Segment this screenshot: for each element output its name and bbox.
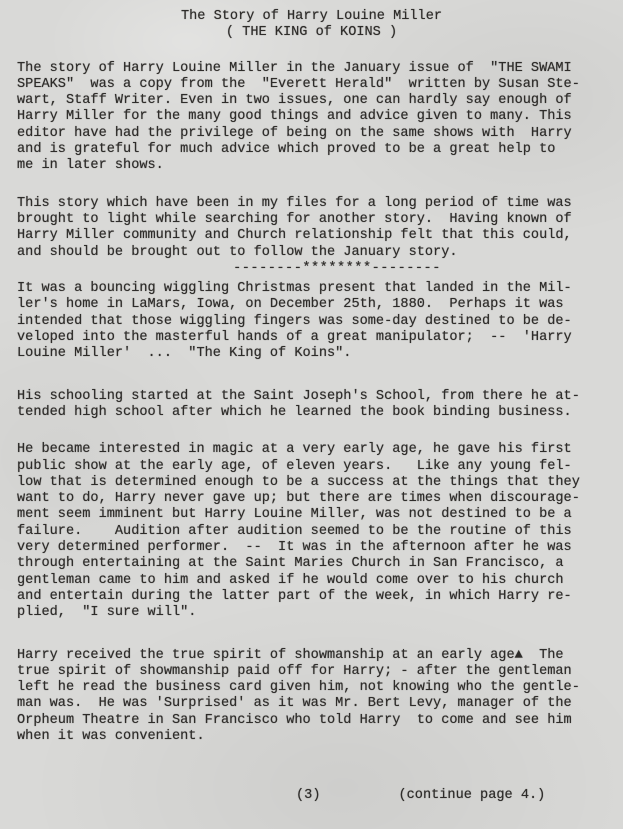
document-body: The story of Harry Louine Miller in the … (17, 61, 617, 746)
document-title: The Story of Harry Louine Miller ( THE K… (0, 0, 623, 41)
paragraph: The story of Harry Louine Miller in the … (17, 61, 617, 175)
text-line: me in later shows. (17, 158, 617, 174)
text-line: through entertaining at the Saint Maries… (17, 556, 617, 572)
text-line: intended that those wiggling fingers was… (17, 314, 617, 330)
text-line: Harry Miller community and Church relati… (17, 228, 617, 244)
text-line: want to do, Harry never gave up; but the… (17, 491, 617, 507)
text-line: and should be brought out to follow the … (17, 245, 617, 261)
page-number: (3) (296, 788, 320, 804)
text-line: brought to light while searching for ano… (17, 212, 617, 228)
text-line: This story which have been in my files f… (17, 196, 617, 212)
paragraph: He became interested in magic at a very … (17, 442, 617, 621)
text-line: Orpheum Theatre in San Francisco who tol… (17, 713, 617, 729)
text-line: He became interested in magic at a very … (17, 442, 617, 458)
text-line: and is grateful for much advice which pr… (17, 142, 617, 158)
text-line: gentleman came to him and asked if he wo… (17, 573, 617, 589)
text-line: and entertain during the latter part of … (17, 589, 617, 605)
text-line: ler's home in LaMars, Iowa, on December … (17, 297, 617, 313)
text-line: failure. Audition after audition seemed … (17, 524, 617, 540)
text-line: true spirit of showmanship paid off for … (17, 664, 617, 680)
text-line: His schooling started at the Saint Josep… (17, 389, 617, 405)
text-line: Harry Miller for the many good things an… (17, 109, 617, 125)
text-line: when it was convenient. (17, 729, 617, 745)
title-line-2: ( THE KING of KOINS ) (0, 25, 623, 41)
section-divider: --------********-------- (57, 261, 617, 277)
paragraph: It was a bouncing wiggling Christmas pre… (17, 281, 617, 362)
text-line: ment seem imminent but Harry Louine Mill… (17, 507, 617, 523)
text-line: plied, "I sure will". (17, 605, 617, 621)
text-line: Harry received the true spirit of showma… (17, 648, 617, 664)
text-line: veloped into the masterful hands of a gr… (17, 330, 617, 346)
text-line: left he read the business card given him… (17, 680, 617, 696)
paragraph: This story which have been in my files f… (17, 196, 617, 261)
text-line: The story of Harry Louine Miller in the … (17, 61, 617, 77)
title-line-1: The Story of Harry Louine Miller (0, 9, 623, 25)
document-page: The Story of Harry Louine Miller ( THE K… (0, 0, 623, 829)
paragraph: Harry received the true spirit of showma… (17, 648, 617, 746)
page-footer: (3) (continue page 4.) (17, 788, 623, 804)
text-line: It was a bouncing wiggling Christmas pre… (17, 281, 617, 297)
text-line: editor have had the privilege of being o… (17, 126, 617, 142)
text-line: very determined performer. -- It was in … (17, 540, 617, 556)
text-line: public show at the early age, of eleven … (17, 459, 617, 475)
text-line: wart, Staff Writer. Even in two issues, … (17, 93, 617, 109)
text-line: Louine Miller' ... "The King of Koins". (17, 346, 617, 362)
text-line: low that is determined enough to be a su… (17, 475, 617, 491)
text-line: SPEAKS" was a copy from the "Everett Her… (17, 77, 617, 93)
continue-note: (continue page 4.) (398, 788, 545, 804)
text-line: tended high school after which he learne… (17, 405, 617, 421)
paragraph: His schooling started at the Saint Josep… (17, 389, 617, 422)
text-line: man was. He was 'Surprised' as it was Mr… (17, 696, 617, 712)
